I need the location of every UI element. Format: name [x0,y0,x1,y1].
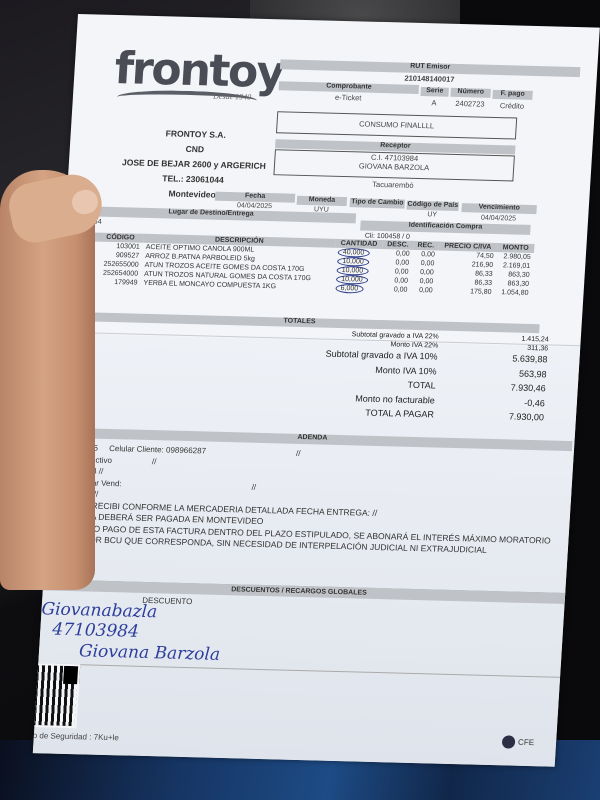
items-table: # IVA CÓDIGO DESCRIPCIÓN CANTIDAD DESC. … [61,232,534,298]
totals-block: Subtotal gravado a IVA 22%1.415,24Monto … [203,328,548,427]
codigo-pais-label: Código de País [406,201,459,211]
cell-precio: 175,80 [435,286,494,297]
codigo-pais-value: UY [406,211,458,219]
moneda-label: Moneda [297,196,348,206]
tipo-cambio-label: Tipo de Cambio [350,198,406,208]
cell-cantidad: 6,000 [332,284,380,294]
handwritten-ci: 47103984 [52,620,140,642]
serie-value: A [420,98,449,108]
cell-codigo: 179949 [95,278,141,288]
fpago-label: F. pago [492,90,533,100]
invoice-paper: frontoy Desde 1940 FRONTOY S.A. CND JOSE… [33,14,600,767]
numero-value: 2402723 [450,99,491,109]
cfe-badge: CFE [502,735,535,749]
brand-logo: frontoy [113,43,284,98]
logo-tagline: Desde 1940 [213,92,252,102]
cell-monto: 1.054,80 [494,288,532,298]
totals-label: Monto IVA 10% [375,364,437,380]
consumo-final-box: CONSUMO FINALLLL [276,111,517,139]
cell-rec: 0,00 [410,286,436,296]
vencimiento-label: Vencimiento [461,203,537,214]
cfe-logo-icon [502,735,516,748]
vencimiento-value: 04/04/2025 [461,214,536,223]
totals-label: Subtotal gravado a IVA 10% [325,349,438,366]
totals-label: TOTAL [407,380,436,395]
totals-label: TOTAL A PAGAR [365,408,435,424]
adenda-block: Cliente: 1004585 Celular Cliente: 098966… [33,441,568,594]
cell-desc: 0,00 [380,285,411,295]
fpago-value: Crédito [492,101,533,111]
adenda-celular-cliente: Celular Cliente: 098966287 [109,444,206,456]
handwritten-name: Giovana Barzola [78,641,220,665]
serie-label: Serie [420,87,449,97]
numero-label: Número [450,88,491,98]
totals-amount: 7.930,00 [433,409,544,426]
receptor-box: C.I. 47103984 GIOVANA BARZOLA [273,149,515,181]
qr-code [33,663,80,729]
